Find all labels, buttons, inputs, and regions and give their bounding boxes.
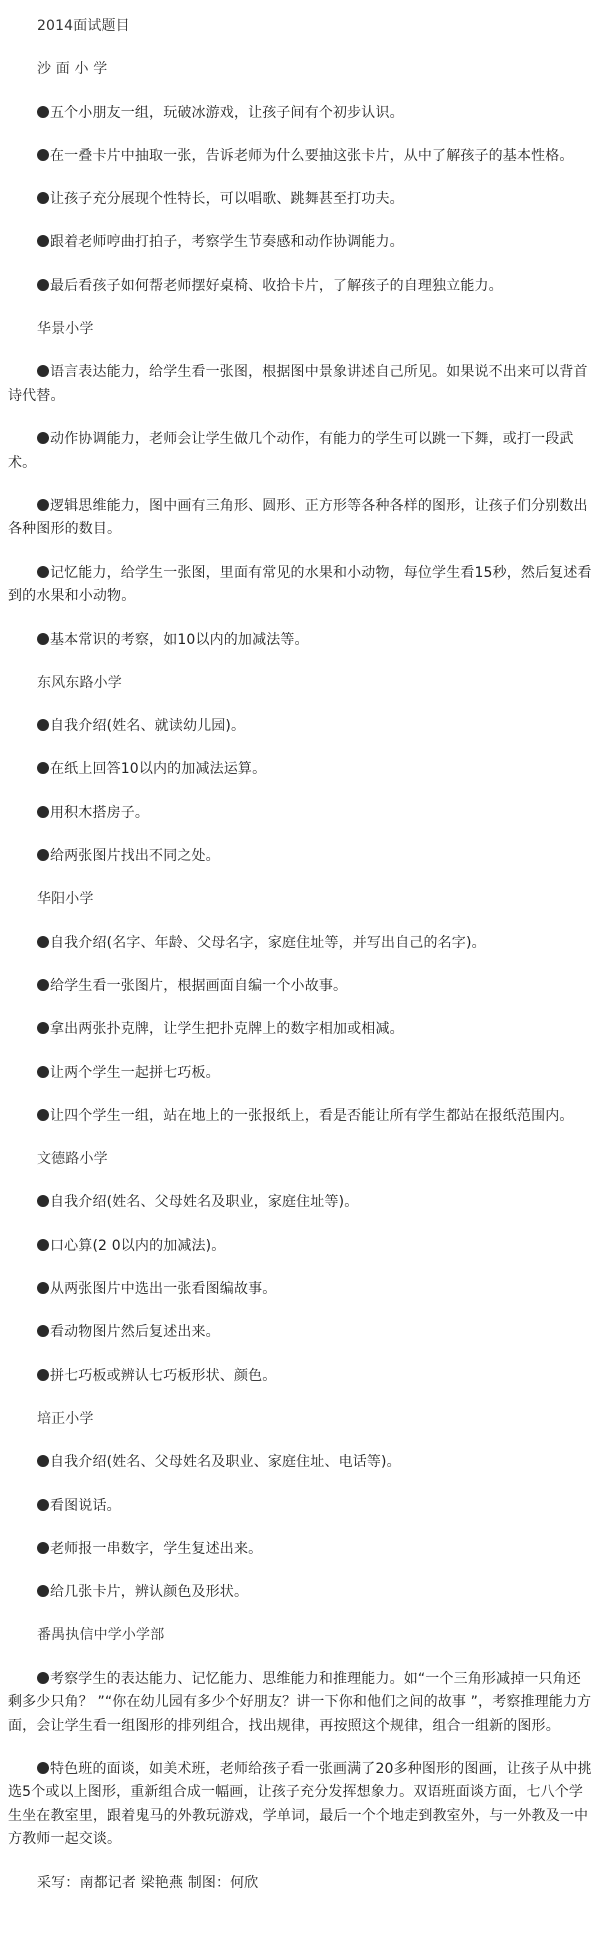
item-text: 跟着老师哼曲打拍子，考察学生节奏感和动作协调能力。 (50, 234, 404, 250)
list-item: 从两张图片中选出一张看图编故事。 (8, 1278, 592, 1302)
bullet-icon (37, 719, 49, 731)
list-item: 跟着老师哼曲打拍子，考察学生节奏感和动作协调能力。 (8, 231, 592, 255)
list-item: 最后看孩子如何帮老师摆好桌椅、收拾卡片，了解孩子的自理独立能力。 (8, 275, 592, 299)
bullet-icon (37, 849, 49, 861)
item-text: 自我介绍(姓名、父母姓名及职业，家庭住址等)。 (50, 1194, 358, 1210)
list-item: 拿出两张扑克牌，让学生把扑克牌上的数字相加或相减。 (8, 1018, 592, 1042)
bullet-icon (37, 1672, 49, 1684)
item-text: 五个小朋友一组，玩破冰游戏，让孩子间有个初步认识。 (50, 105, 404, 121)
bullet-icon (37, 806, 49, 818)
item-text: 从两张图片中选出一张看图编故事。 (50, 1281, 276, 1297)
list-item: 逻辑思维能力，图中画有三角形、圆形、正方形等各种各样的图形，让孩子们分别数出各种… (8, 495, 592, 542)
item-text: 动作协调能力，老师会让学生做几个动作，有能力的学生可以跳一下舞，或打一段武术。 (8, 431, 574, 471)
item-text: 用积木搭房子。 (50, 805, 149, 821)
bullet-icon (37, 979, 49, 991)
school-heading: 文德路小学 (8, 1148, 592, 1172)
item-text: 基本常识的考察，如10以内的加减法等。 (50, 632, 309, 648)
list-item: 看动物图片然后复述出来。 (8, 1321, 592, 1345)
list-item: 动作协调能力，老师会让学生做几个动作，有能力的学生可以跳一下舞，或打一段武术。 (8, 428, 592, 475)
item-text: 给学生看一张图片，根据画面自编一个小故事。 (50, 978, 347, 994)
bullet-icon (37, 1066, 49, 1078)
list-item: 给两张图片找出不同之处。 (8, 845, 592, 869)
item-text: 在纸上回答10以内的加减法运算。 (50, 761, 266, 777)
item-text: 让四个学生一组，站在地上的一张报纸上，看是否能让所有学生都站在报纸范围内。 (50, 1108, 574, 1124)
bullet-icon (37, 633, 49, 645)
item-text: 逻辑思维能力，图中画有三角形、圆形、正方形等各种各样的图形，让孩子们分别数出各种… (8, 498, 588, 538)
school-heading: 东风东路小学 (8, 672, 592, 696)
list-item: 给学生看一张图片，根据画面自编一个小故事。 (8, 975, 592, 999)
item-text: 让两个学生一起拼七巧板。 (50, 1065, 220, 1081)
bullet-icon (37, 1542, 49, 1554)
list-item: 自我介绍(姓名、就读幼儿园)。 (8, 715, 592, 739)
item-text: 让孩子充分展现个性特长，可以唱歌、跳舞甚至打功夫。 (50, 191, 404, 207)
list-item: 让两个学生一起拼七巧板。 (8, 1062, 592, 1086)
list-item: 看图说话。 (8, 1495, 592, 1519)
list-item: 拼七巧板或辨认七巧板形状、颜色。 (8, 1365, 592, 1389)
item-text: 老师报一串数字，学生复述出来。 (50, 1541, 262, 1557)
byline-credit: 采写：南都记者 梁艳燕 制图：何欣 (8, 1872, 592, 1896)
item-text: 给两张图片找出不同之处。 (50, 848, 220, 864)
bullet-icon (37, 1762, 49, 1774)
bullet-icon (37, 365, 49, 377)
list-item: 考察学生的表达能力、记忆能力、思维能力和推理能力。如“一个三角形减掉一只角还剩多… (8, 1668, 592, 1739)
item-text: 自我介绍(姓名、就读幼儿园)。 (50, 718, 245, 734)
bullet-icon (37, 762, 49, 774)
list-item: 口心算(2 0以内的加减法)。 (8, 1235, 592, 1259)
item-text: 口心算(2 0以内的加减法)。 (50, 1238, 225, 1254)
item-text: 在一叠卡片中抽取一张，告诉老师为什么要抽这张卡片，从中了解孩子的基本性格。 (50, 148, 574, 164)
item-text: 看图说话。 (50, 1498, 121, 1514)
item-text: 考察学生的表达能力、记忆能力、思维能力和推理能力。如“一个三角形减掉一只角还剩多… (8, 1671, 591, 1734)
bullet-icon (37, 1585, 49, 1597)
list-item: 老师报一串数字，学生复述出来。 (8, 1538, 592, 1562)
bullet-icon (37, 566, 49, 578)
list-item: 在一叠卡片中抽取一张，告诉老师为什么要抽这张卡片，从中了解孩子的基本性格。 (8, 145, 592, 169)
item-text: 自我介绍(名字、年龄、父母名字，家庭住址等，并写出自己的名字)。 (50, 935, 486, 951)
list-item: 给几张卡片，辨认颜色及形状。 (8, 1581, 592, 1605)
bullet-icon (37, 936, 49, 948)
school-heading: 培正小学 (8, 1408, 592, 1432)
list-item: 在纸上回答10以内的加减法运算。 (8, 758, 592, 782)
bullet-icon (37, 1499, 49, 1511)
bullet-icon (37, 1369, 49, 1381)
list-item: 让四个学生一组，站在地上的一张报纸上，看是否能让所有学生都站在报纸范围内。 (8, 1105, 592, 1129)
list-item: 五个小朋友一组，玩破冰游戏，让孩子间有个初步认识。 (8, 102, 592, 126)
bullet-icon (37, 1195, 49, 1207)
bullet-icon (37, 235, 49, 247)
bullet-icon (37, 106, 49, 118)
article-body: 2014面试题目 沙 面 小 学 五个小朋友一组，玩破冰游戏，让孩子间有个初步认… (0, 0, 607, 1895)
list-item: 基本常识的考察，如10以内的加减法等。 (8, 629, 592, 653)
bullet-icon (37, 192, 49, 204)
item-text: 看动物图片然后复述出来。 (50, 1324, 220, 1340)
school-heading: 沙 面 小 学 (8, 58, 592, 82)
bullet-icon (37, 1325, 49, 1337)
list-item: 用积木搭房子。 (8, 802, 592, 826)
list-item: 语言表达能力，给学生看一张图，根据图中景象讲述自己所见。如果说不出来可以背首诗代… (8, 361, 592, 408)
bullet-icon (37, 1022, 49, 1034)
list-item: 特色班的面谈，如美术班，老师给孩子看一张画满了20多种图形的图画，让孩子从中挑选… (8, 1758, 592, 1852)
item-text: 语言表达能力，给学生看一张图，根据图中景象讲述自己所见。如果说不出来可以背首诗代… (8, 364, 588, 404)
bullet-icon (37, 499, 49, 511)
list-item: 自我介绍(名字、年龄、父母名字，家庭住址等，并写出自己的名字)。 (8, 932, 592, 956)
school-heading: 番禺执信中学小学部 (8, 1624, 592, 1648)
item-text: 拼七巧板或辨认七巧板形状、颜色。 (50, 1368, 276, 1384)
bullet-icon (37, 149, 49, 161)
item-text: 给几张卡片，辨认颜色及形状。 (50, 1584, 248, 1600)
list-item: 记忆能力，给学生一张图，里面有常见的水果和小动物，每位学生看15秒，然后复述看到… (8, 562, 592, 609)
list-item: 让孩子充分展现个性特长，可以唱歌、跳舞甚至打功夫。 (8, 188, 592, 212)
list-item: 自我介绍(姓名、父母姓名及职业，家庭住址等)。 (8, 1191, 592, 1215)
item-text: 记忆能力，给学生一张图，里面有常见的水果和小动物，每位学生看15秒，然后复述看到… (8, 565, 592, 605)
list-item: 自我介绍(姓名、父母姓名及职业、家庭住址、电话等)。 (8, 1451, 592, 1475)
item-text: 自我介绍(姓名、父母姓名及职业、家庭住址、电话等)。 (50, 1454, 401, 1470)
school-heading: 华阳小学 (8, 888, 592, 912)
page-title: 2014面试题目 (8, 15, 592, 39)
item-text: 拿出两张扑克牌，让学生把扑克牌上的数字相加或相减。 (50, 1021, 404, 1037)
bullet-icon (37, 1282, 49, 1294)
item-text: 最后看孩子如何帮老师摆好桌椅、收拾卡片，了解孩子的自理独立能力。 (50, 278, 503, 294)
bullet-icon (37, 1109, 49, 1121)
bullet-icon (37, 1239, 49, 1251)
bullet-icon (37, 432, 49, 444)
school-heading: 华景小学 (8, 318, 592, 342)
item-text: 特色班的面谈，如美术班，老师给孩子看一张画满了20多种图形的图画，让孩子从中挑选… (8, 1761, 592, 1848)
bullet-icon (37, 279, 49, 291)
bullet-icon (37, 1455, 49, 1467)
